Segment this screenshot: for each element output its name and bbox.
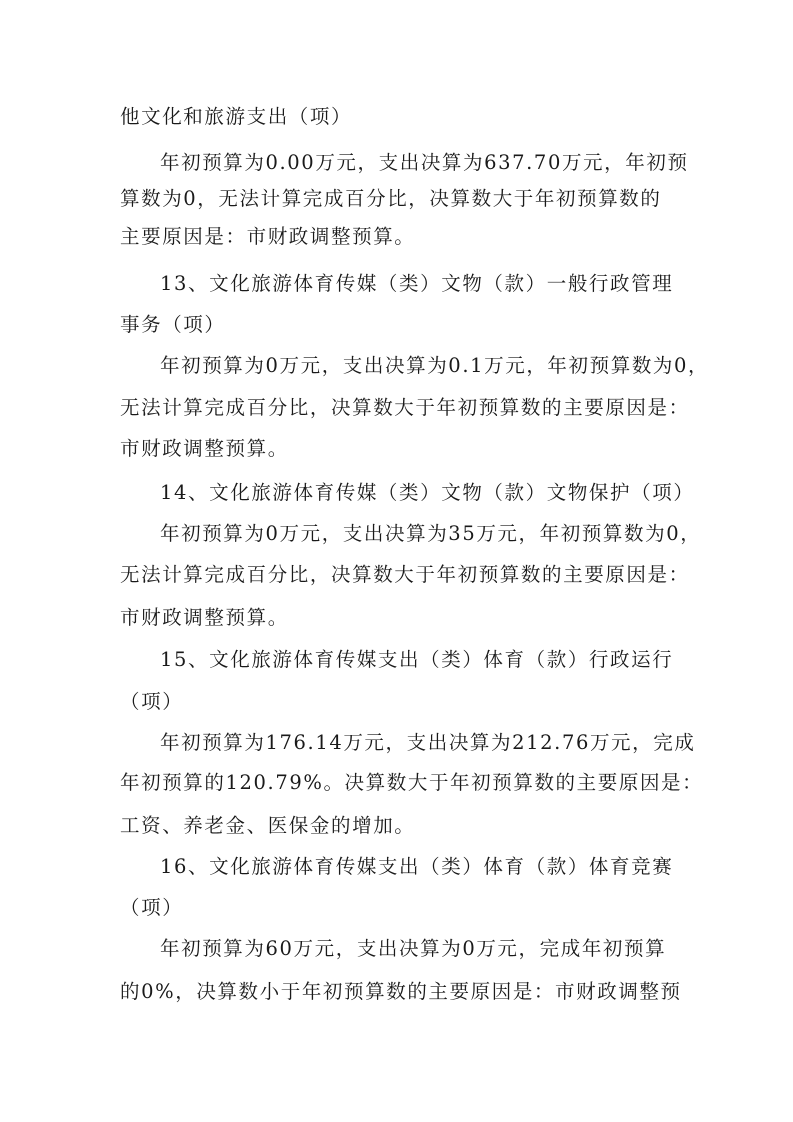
section-heading-15: 15、文化旅游体育传媒支出（类）体育（款）行政运行 (160, 645, 680, 675)
text-line: 工资、养老金、医保金的增加。 (120, 811, 680, 841)
text-line: 年初预算为176.14万元，支出决算为212.76万元，完成 (160, 728, 680, 758)
text-line: 年初预算为0万元，支出决算为0.1万元，年初预算数为0， (160, 351, 680, 381)
text-line: 主要原因是：市财政调整预算。 (120, 222, 680, 252)
text-line: 市财政调整预算。 (120, 434, 680, 464)
section-heading-13: 13、文化旅游体育传媒（类）文物（款）一般行政管理 (160, 269, 680, 299)
text-line: 算数为0，无法计算完成百分比，决算数大于年初预算数的 (120, 184, 680, 214)
text-line: 年初预算为0.00万元，支出决算为637.70万元，年初预 (160, 148, 680, 178)
document-page: 他文化和旅游支出（项） 年初预算为0.00万元，支出决算为637.70万元，年初… (0, 0, 793, 1122)
text-line: （项） (120, 687, 680, 717)
section-heading-16: 16、文化旅游体育传媒支出（类）体育（款）体育竞赛 (160, 852, 680, 882)
text-line: 的0%，决算数小于年初预算数的主要原因是：市财政调整预 (120, 977, 680, 1007)
text-line: 事务（项） (120, 310, 680, 340)
text-line: 他文化和旅游支出（项） (120, 102, 680, 132)
text-line: 年初预算为0万元，支出决算为35万元，年初预算数为0， (160, 519, 680, 549)
text-line: 年初预算为60万元，支出决算为0万元，完成年初预算 (160, 934, 680, 964)
text-line: 市财政调整预算。 (120, 603, 680, 633)
text-line: （项） (120, 893, 680, 923)
text-line: 无法计算完成百分比，决算数大于年初预算数的主要原因是： (120, 393, 680, 423)
text-line: 年初预算的120.79%。决算数大于年初预算数的主要原因是： (120, 768, 680, 798)
section-heading-14: 14、文化旅游体育传媒（类）文物（款）文物保护（项） (160, 478, 680, 508)
text-line: 无法计算完成百分比，决算数大于年初预算数的主要原因是： (120, 560, 680, 590)
